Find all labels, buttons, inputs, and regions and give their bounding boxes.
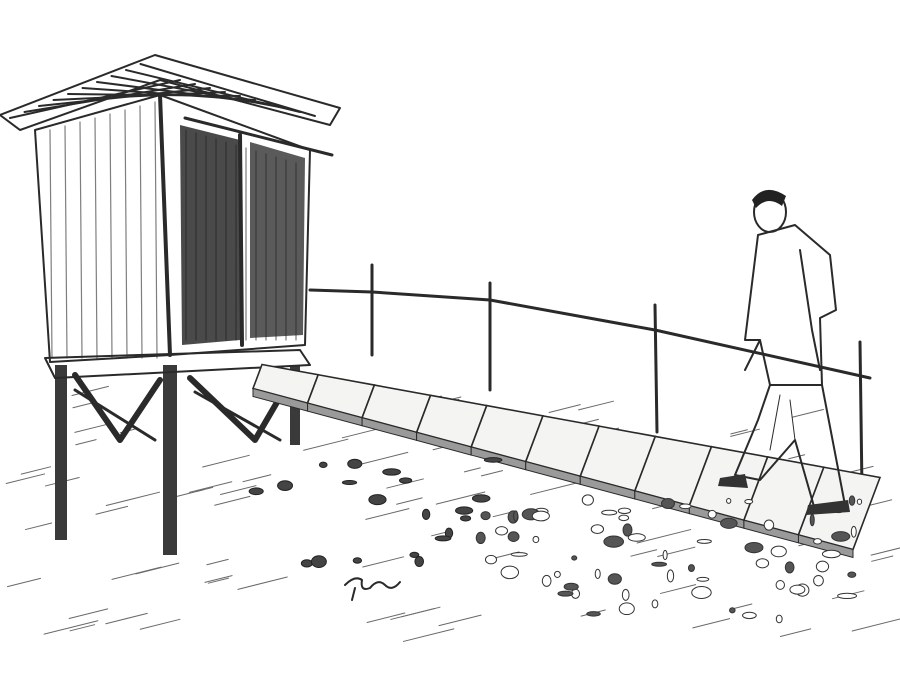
signature [345, 578, 400, 600]
latrine-roof [0, 55, 340, 155]
latrine-walls [35, 95, 310, 362]
walkway-slabs [253, 365, 880, 558]
illustration [0, 0, 900, 675]
